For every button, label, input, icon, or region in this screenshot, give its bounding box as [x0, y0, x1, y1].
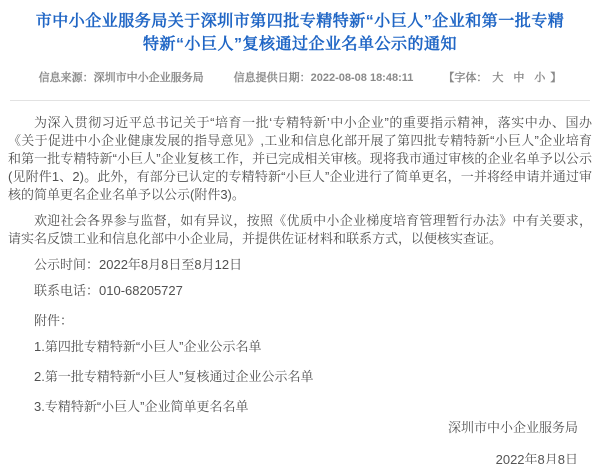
- header-divider: [10, 100, 590, 101]
- issuing-org: 深圳市中小企业服务局: [8, 420, 578, 435]
- attachment-link-3[interactable]: 3.专精特新“小巨人”企业简单更名名单: [8, 398, 592, 416]
- font-switcher-suffix: 】: [550, 72, 561, 84]
- issue-date: 2022年8月8日: [8, 452, 578, 464]
- contact-phone-line: 联系电话：010-68205727: [8, 282, 592, 300]
- notice-page: 市中小企业服务局关于深圳市第四批专精特新“小巨人”企业和第一批专精特新“小巨人”…: [0, 0, 600, 464]
- attachment-link-2[interactable]: 2.第一批专精特新“小巨人”复核通过企业公示名单: [8, 368, 592, 386]
- notice-body: 为深入贯彻习近平总书记关于“培育一批‘专精特新’中小企业”的重要指示精神，落实中…: [8, 114, 592, 464]
- page-title: 市中小企业服务局关于深圳市第四批专精特新“小巨人”企业和第一批专精特新“小巨人”…: [28, 10, 572, 56]
- signature-block: 深圳市中小企业服务局 2022年8月8日: [8, 420, 592, 464]
- body-paragraph-2: 欢迎社会各界参与监督，如有异议，按照《优质中小企业梯度培育管理暂行办法》中有关要…: [8, 212, 592, 248]
- font-size-medium-button[interactable]: 中: [508, 69, 529, 85]
- attachment-link-1[interactable]: 1.第四批专精特新“小巨人”企业公示名单: [8, 338, 592, 356]
- meta-bar: 信息来源：深圳市中小企业服务局 信息提供日期：2022-08-08 18:48:…: [0, 69, 600, 85]
- font-size-switcher: 【字体：大中小】: [443, 69, 561, 85]
- font-size-small-button[interactable]: 小: [529, 69, 550, 85]
- body-paragraph-1: 为深入贯彻习近平总书记关于“培育一批‘专精特新’中小企业”的重要指示精神，落实中…: [8, 114, 592, 204]
- attachments-label: 附件：: [8, 312, 592, 330]
- info-source-value: 深圳市中小企业服务局: [94, 72, 204, 84]
- info-date-label: 信息提供日期：: [234, 72, 311, 84]
- info-source: 信息来源：深圳市中小企业服务局: [39, 69, 204, 85]
- info-date: 信息提供日期：2022-08-08 18:48:11: [234, 69, 414, 85]
- publicity-time-line: 公示时间：2022年8月8日至8月12日: [8, 256, 592, 274]
- font-size-large-button[interactable]: 大: [487, 69, 508, 85]
- font-switcher-prefix: 【字体：: [443, 72, 487, 84]
- info-date-value: 2022-08-08 18:48:11: [311, 72, 414, 84]
- info-source-label: 信息来源：: [39, 72, 94, 84]
